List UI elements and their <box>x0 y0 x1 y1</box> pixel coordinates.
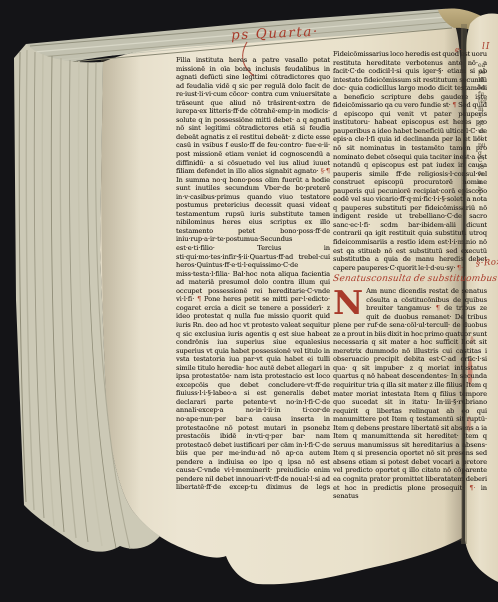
text-segment: de tribus ze quit de duobus remanet· De … <box>333 304 487 491</box>
text-segment: In summa no·q bono·poss olim fuerūt a ho… <box>176 176 330 304</box>
rubricated-mark: ¶· <box>457 264 463 272</box>
drop-cap-initial: N <box>333 287 366 317</box>
rubricated-mark: §·¶ <box>321 167 330 175</box>
red-margin-annotation: §·Roz <box>475 258 498 268</box>
right-column-text-upper: Fideicōmissarius loco heredis est quod e… <box>333 50 487 272</box>
left-column-text: Filia instituta heres a patre vasallo pe… <box>176 56 330 493</box>
right-column-text-lower: NAm nunc dicendis restat de senatus cōsu… <box>333 287 487 499</box>
text-segment: Filia instituta heres a patre vasallo pe… <box>176 56 330 175</box>
next-page-folio-number: lI <box>482 42 490 52</box>
text-segment: Sed quid d episcopo qui venit vt pater p… <box>333 101 487 271</box>
text-segment: Pone heres petit se mitti per·l·edicto· … <box>176 295 330 493</box>
book-photograph: ps Quarta· Filia instituta heres a patre… <box>0 0 498 602</box>
next-page-edge-mark: e· <box>455 46 461 54</box>
rubric-line: Senatusconsulta de substituombus· <box>332 272 488 287</box>
left-column: Filia instituta heres a patre vasallo pe… <box>176 56 330 493</box>
next-page-text-fragments: ea po M ha fu ter m 3· gi us ti pu q C· … <box>478 62 495 208</box>
right-column: Fideicōmissarius loco heredis est quod e… <box>333 50 487 502</box>
